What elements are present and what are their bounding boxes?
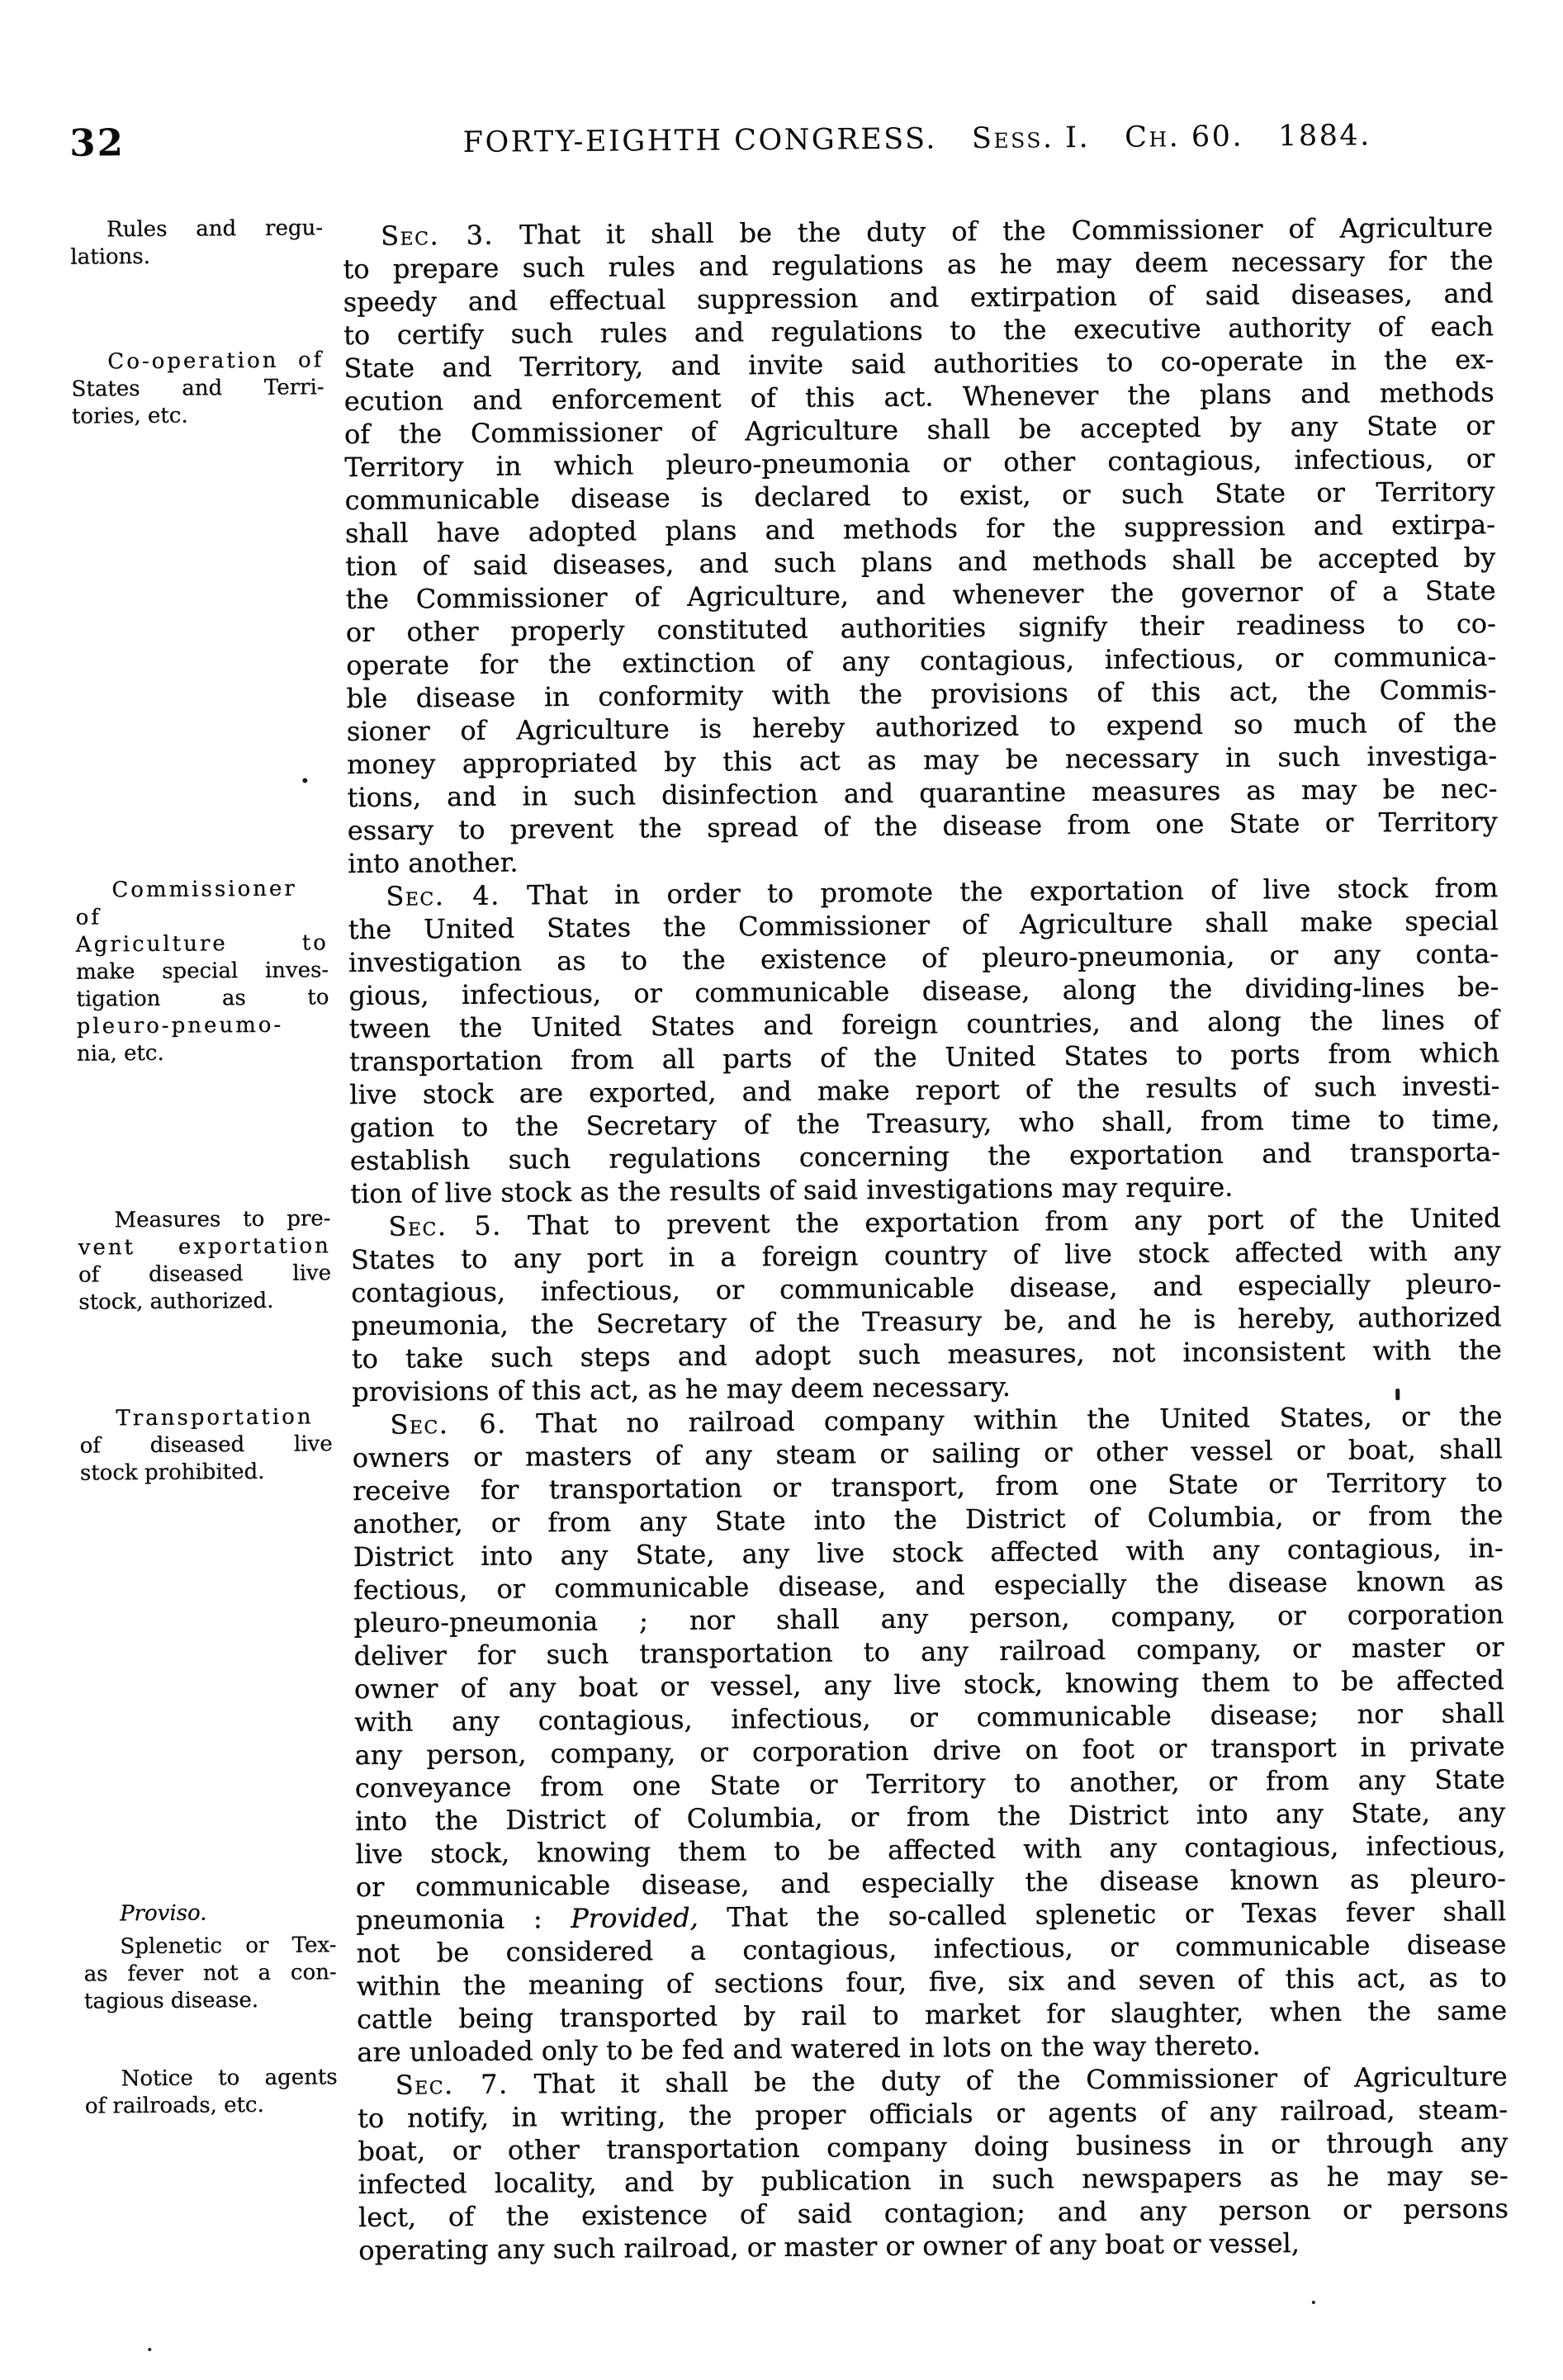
sidenote-line: Agriculture to xyxy=(76,930,329,958)
scan-speck xyxy=(302,778,307,783)
margin-notes: Rules and regu-lations.Co-operation ofSt… xyxy=(0,0,1556,6)
sidenote-line: Measures to pre- xyxy=(78,1205,330,1234)
sidenote-line: Splenetic or Tex- xyxy=(83,1932,336,1961)
statute-page-scan: 32 FORTY-EIGHTH CONGRESS.Sess. I.Ch. 60.… xyxy=(0,0,1563,2380)
sidenote-sec-6-2: Proviso. xyxy=(83,1899,336,1928)
sidenote-line: States and Terri- xyxy=(71,374,324,403)
sidenote-line: Rules and regu- xyxy=(70,215,323,244)
sidenote-sec-3-2: Co-operation ofStates and Terri-tories, … xyxy=(71,347,324,430)
sidenote-sec-6-1: Transportationof diseased livestock proh… xyxy=(79,1403,333,1487)
sidenote-line: Notice to agents xyxy=(85,2064,338,2093)
sidenote-line: Proviso. xyxy=(83,1899,336,1928)
statute-body: Sec. 3. That it shall be the duty of the… xyxy=(0,0,1556,6)
sidenote-line: Transportation xyxy=(79,1403,332,1432)
sidenote-line: pleuro-pneumo- xyxy=(77,1011,329,1040)
sidenote-sec-6-3: Splenetic or Tex-as fever not a con-tagi… xyxy=(83,1932,337,2015)
sidenote-sec-4-1: Commissioner ofAgriculture tomake specia… xyxy=(75,875,329,1067)
scan-speck xyxy=(1312,2301,1315,2304)
sidenote-line: tories, etc. xyxy=(72,401,324,430)
sidenote-line: nia, etc. xyxy=(77,1039,329,1067)
sidenote-line: vent exportation xyxy=(78,1233,331,1261)
sidenote-line: make special inves- xyxy=(76,957,329,986)
sidenote-line: stock prohibited. xyxy=(80,1458,333,1487)
sidenote-sec-3-1: Rules and regu-lations. xyxy=(70,215,324,271)
page-number: 32 xyxy=(69,121,125,165)
page-sheet: 32 FORTY-EIGHTH CONGRESS.Sess. I.Ch. 60.… xyxy=(0,0,1563,2380)
sidenote-line: stock, authorized. xyxy=(78,1287,331,1316)
sidenote-line: Co-operation of xyxy=(71,347,324,376)
running-header-part: 1884. xyxy=(1278,119,1371,153)
running-header-part: FORTY-EIGHTH CONGRESS. xyxy=(463,122,937,159)
sidenote-line: as fever not a con- xyxy=(84,1959,337,1988)
sidenote-line: lations. xyxy=(70,242,323,271)
sidenote-line: of railroads, etc. xyxy=(85,2091,338,2120)
sidenote-line: Commissioner of xyxy=(75,875,329,931)
sidenote-line: of diseased live xyxy=(78,1260,331,1289)
sidenote-line: tigation as to xyxy=(76,984,329,1013)
sidenote-line: tagious disease. xyxy=(84,1986,337,2015)
scan-speck xyxy=(1395,1389,1400,1400)
scan-speck xyxy=(148,2348,151,2351)
running-header-part: Sess. I. xyxy=(972,121,1091,155)
sidenote-line: of diseased live xyxy=(80,1431,333,1460)
sidenote-sec-7-1: Notice to agentsof railroads, etc. xyxy=(85,2064,339,2120)
running-header: FORTY-EIGHTH CONGRESS.Sess. I.Ch. 60.188… xyxy=(342,118,1492,160)
running-header-part: Ch. 60. xyxy=(1125,121,1243,154)
sidenote-sec-5-1: Measures to pre-vent exportationof disea… xyxy=(78,1205,331,1316)
